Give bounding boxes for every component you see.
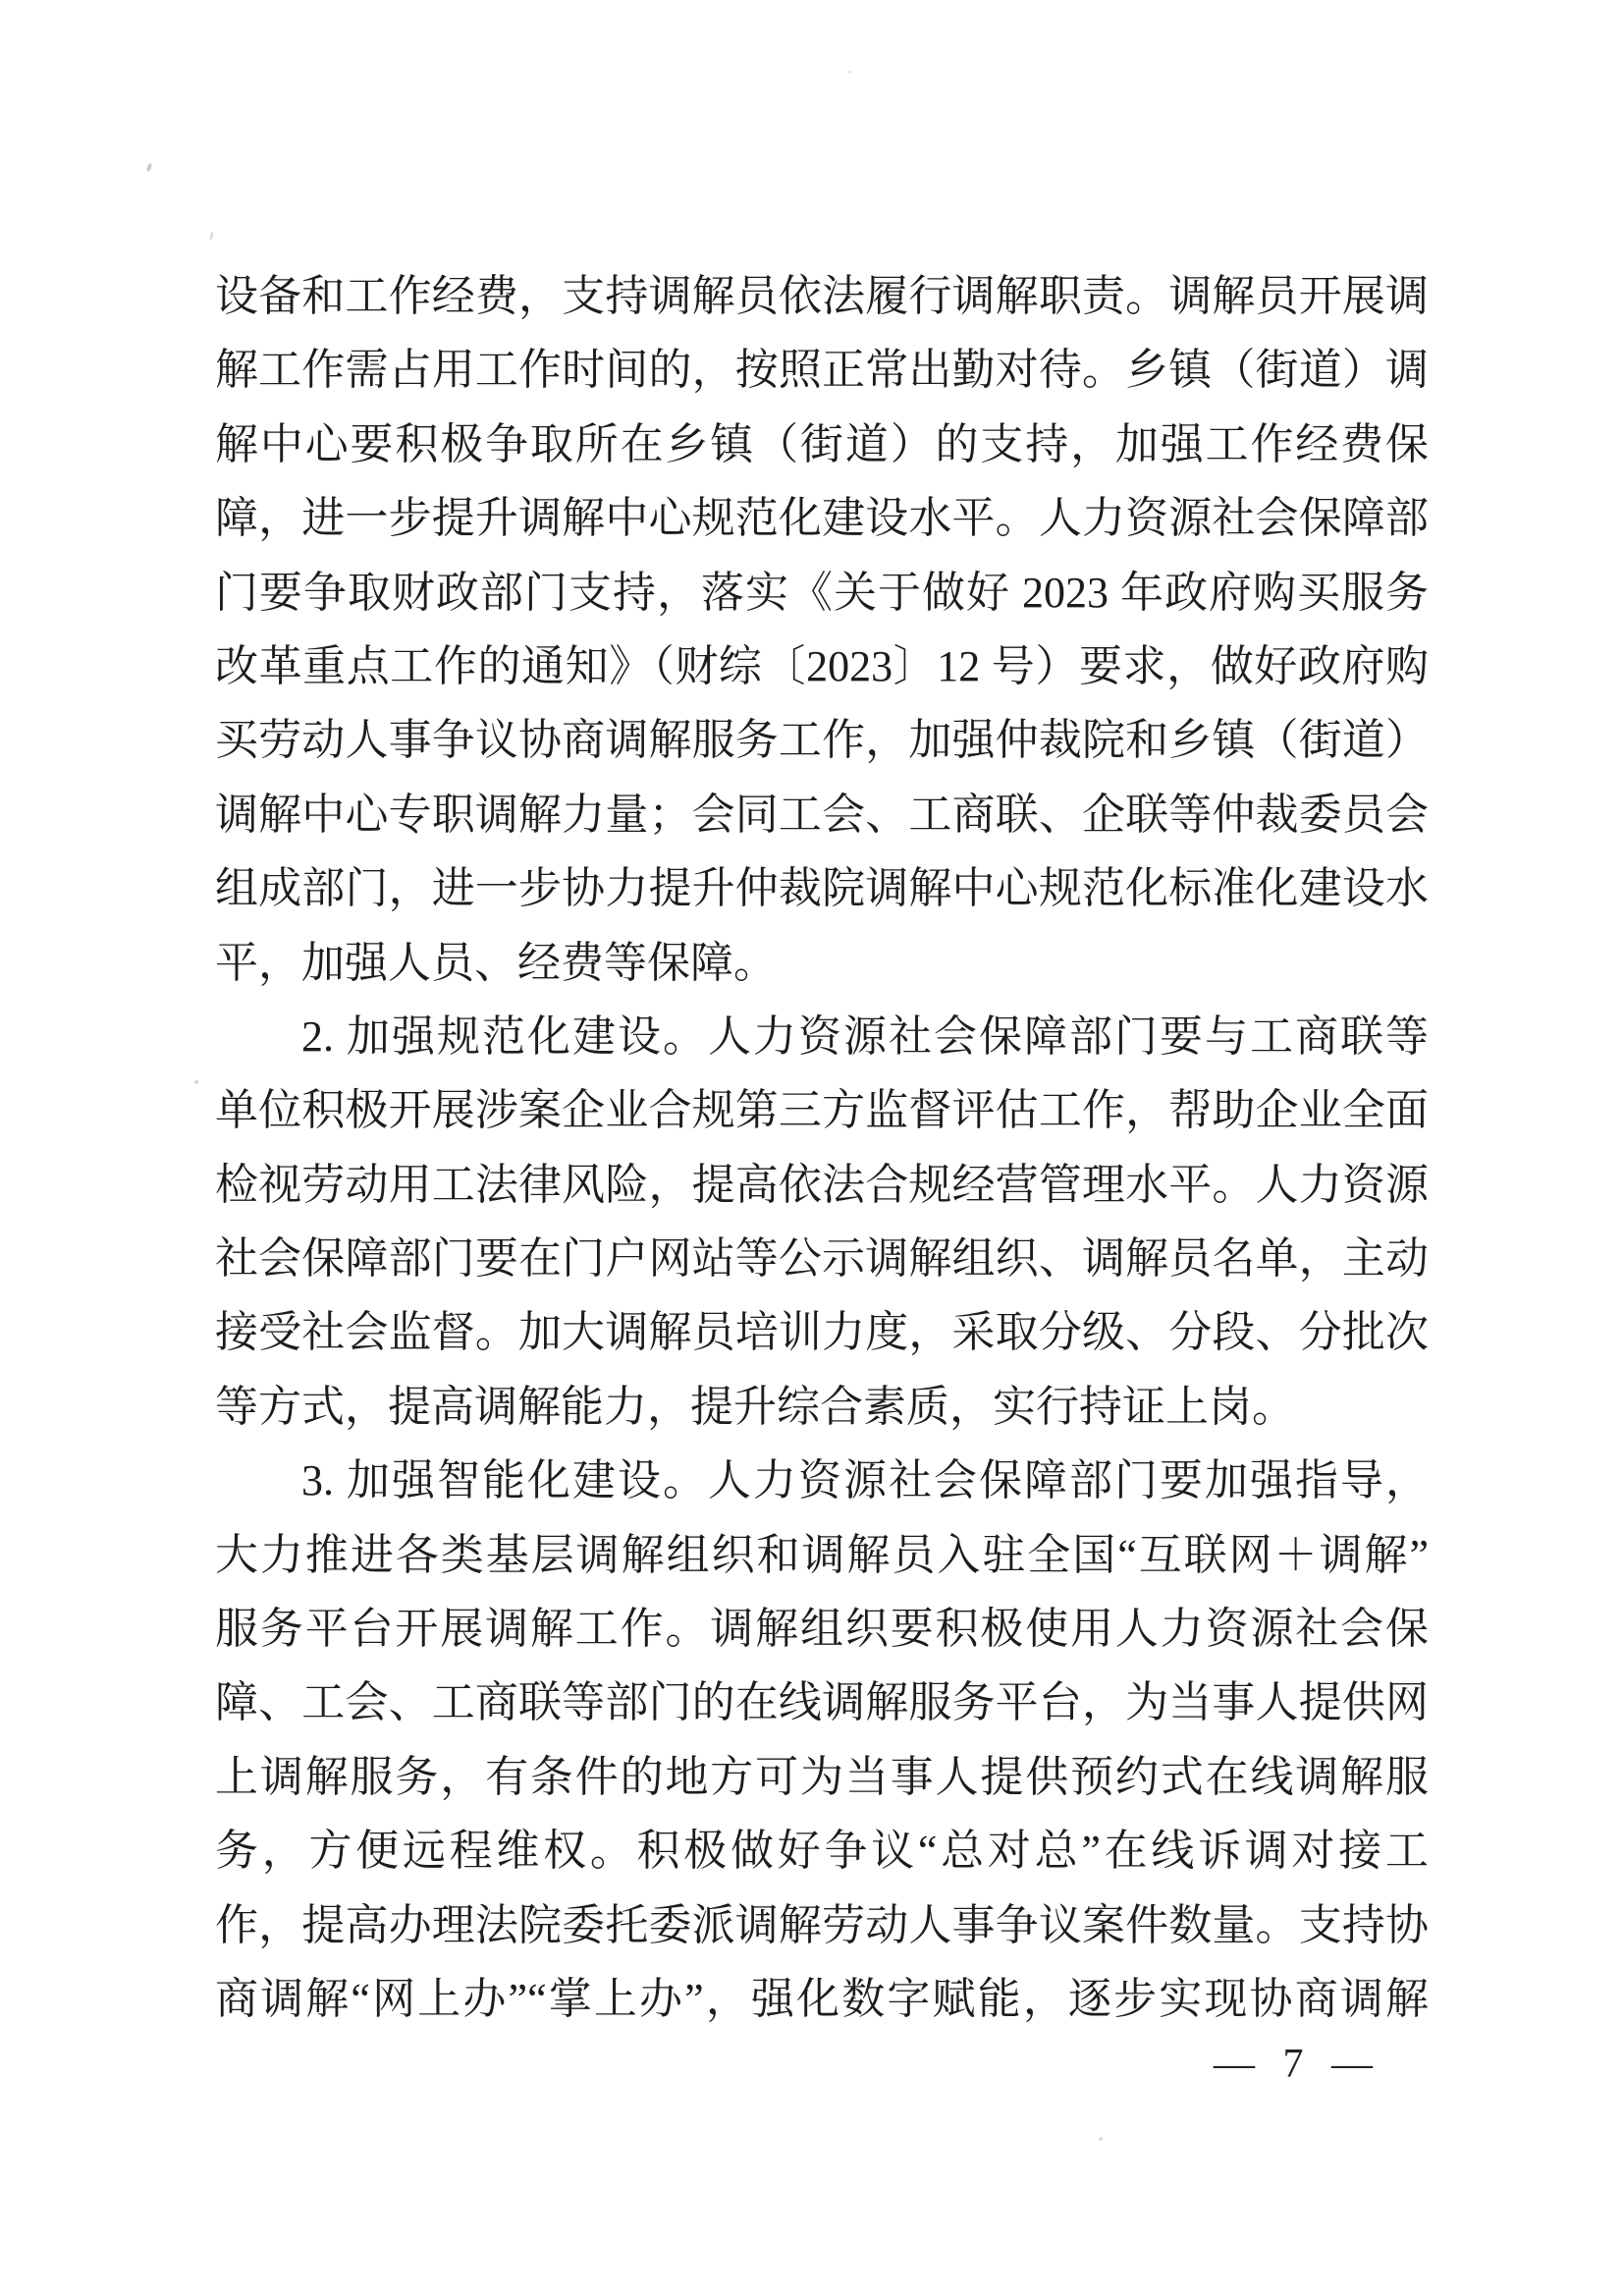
text-line: 服务平台开展调解工作。调解组织要积极使用人力资源社会保 [215, 1592, 1429, 1666]
page-number: — 7 — [1214, 2041, 1373, 2088]
scan-speckle [1402, 454, 1407, 458]
text-line: 障，进一步提升调解中心规范化建设水平。人力资源社会保障部 [215, 481, 1429, 555]
text-line: 解工作需占用工作时间的，按照正常出勤对待。乡镇（街道）调 [215, 333, 1429, 407]
scan-speckle [848, 71, 851, 74]
text-line: 3. 加强智能化建设。人力资源社会保障部门要加强指导， [215, 1444, 1429, 1517]
scan-speckle [209, 232, 214, 240]
scan-speckle [146, 163, 153, 173]
scan-speckle [194, 1080, 198, 1084]
text-line: 改革重点工作的通知》（财综〔2023〕12 号）要求，做好政府购 [215, 629, 1429, 703]
text-line: 障、工会、工商联等部门的在线调解服务平台，为当事人提供网 [215, 1666, 1429, 1739]
text-line: 作，提高办理法院委托委派调解劳动人事争议案件数量。支持协 [215, 1888, 1429, 1962]
text-line: 买劳动人事争议协商调解服务工作，加强仲裁院和乡镇（街道） [215, 703, 1429, 777]
text-line: 单位积极开展涉案企业合规第三方监督评估工作，帮助企业全面 [215, 1073, 1429, 1147]
text-line: 检视劳动用工法律风险，提高依法合规经营管理水平。人力资源 [215, 1148, 1429, 1222]
text-line: 接受社会监督。加大调解员培训力度，采取分级、分段、分批次 [215, 1295, 1429, 1369]
text-line: 门要争取财政部门支持，落实《关于做好 2023 年政府购买服务 [215, 556, 1429, 629]
scan-speckle [1099, 2137, 1103, 2141]
text-line: 解中心要积极争取所在乡镇（街道）的支持，加强工作经费保 [215, 408, 1429, 481]
text-line: 组成部门，进一步协力提升仲裁院调解中心规范化标准化建设水 [215, 851, 1429, 925]
text-line: 上调解服务，有条件的地方可为当事人提供预约式在线调解服 [215, 1740, 1429, 1814]
text-line: 商调解“网上办”“掌上办”，强化数字赋能，逐步实现协商调解 [215, 1962, 1429, 2036]
text-line: 2. 加强规范化建设。人力资源社会保障部门要与工商联等 [215, 1000, 1429, 1073]
document-page: 设备和工作经费，支持调解员依法履行调解职责。调解员开展调 解工作需占用工作时间的… [0, 0, 1623, 2296]
text-line: 设备和工作经费，支持调解员依法履行调解职责。调解员开展调 [215, 259, 1429, 333]
text-line: 平，加强人员、经费等保障。 [215, 926, 1429, 1000]
text-line: 调解中心专职调解力量；会同工会、工商联、企联等仲裁委员会 [215, 778, 1429, 851]
text-line: 务，方便远程维权。积极做好争议“总对总”在线诉调对接工 [215, 1814, 1429, 1887]
text-line: 社会保障部门要在门户网站等公示调解组织、调解员名单，主动 [215, 1222, 1429, 1295]
text-line: 等方式，提高调解能力，提升综合素质，实行持证上岗。 [215, 1370, 1429, 1444]
text-line: 大力推进各类基层调解组织和调解员入驻全国“互联网＋调解” [215, 1518, 1429, 1592]
document-body: 设备和工作经费，支持调解员依法履行调解职责。调解员开展调 解工作需占用工作时间的… [215, 259, 1429, 2036]
